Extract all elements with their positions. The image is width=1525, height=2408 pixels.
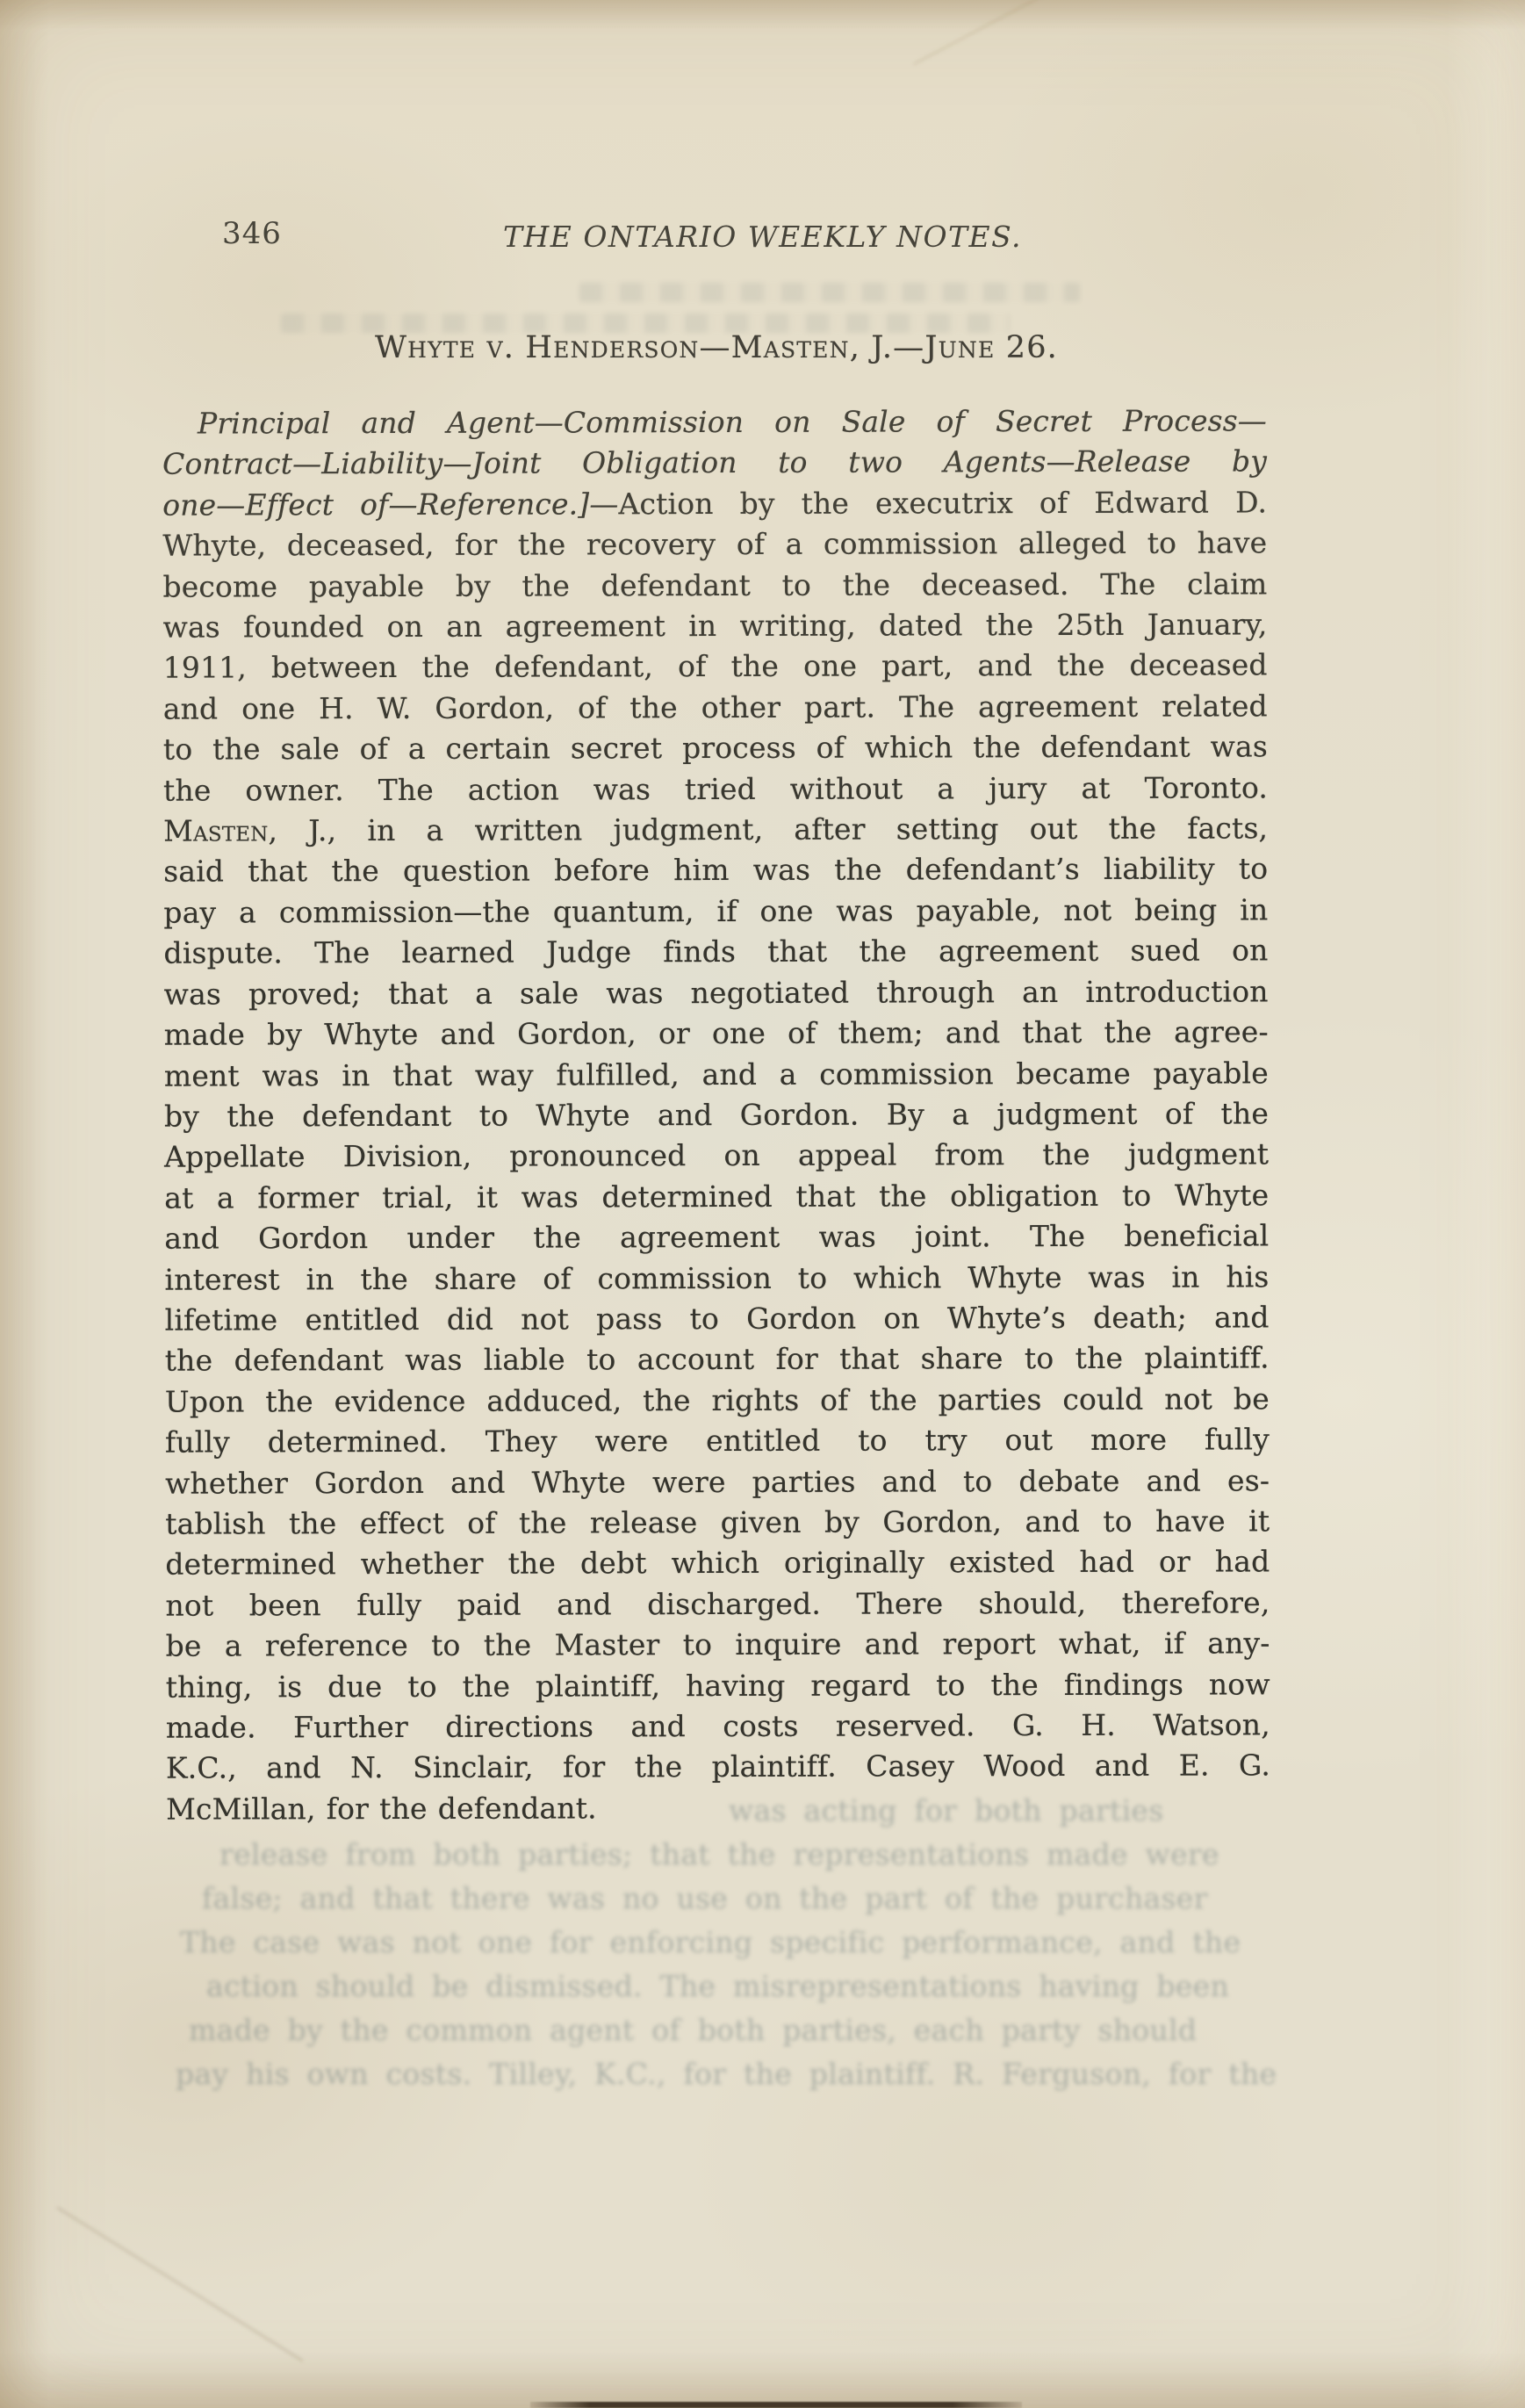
report-line: tablish the effect of the release given … xyxy=(165,1501,1270,1545)
report-text-segment: Masten, J., xyxy=(163,813,336,848)
case-title: Whyte v. Henderson—Masten, J.—June 26. xyxy=(164,330,1269,365)
report-line: by the defendant to Whyte and Gordon. By… xyxy=(164,1093,1269,1137)
report-line: Upon the evidence adduced, the rights of… xyxy=(165,1379,1270,1423)
report-line: the owner. The action was tried without … xyxy=(163,768,1268,811)
report-line: Whyte, deceased, for the recovery of a c… xyxy=(162,523,1267,567)
report-text-segment: pay a commission—the quantum, if one was… xyxy=(163,892,1268,929)
report-line: determined whether the debt which origin… xyxy=(165,1542,1270,1586)
report-text-segment: said that the question before him was th… xyxy=(163,852,1268,889)
report-text-segment: 1911, between the defendant, of the one … xyxy=(163,648,1268,685)
report-text-segment: and Gordon under the agreement was joint… xyxy=(164,1218,1269,1255)
report-text-segment: the defendant was liable to account for … xyxy=(165,1341,1270,1378)
report-text-segment: made by Whyte and Gordon, or one of them… xyxy=(164,1014,1269,1051)
report-text-segment: made. Further directions and costs reser… xyxy=(166,1707,1270,1744)
report-line: ment was in that way fulfilled, and a co… xyxy=(164,1053,1269,1097)
report-text-segment: become payable by the defendant to the d… xyxy=(162,566,1267,603)
report-line: Appellate Division, pronounced on appeal… xyxy=(164,1135,1269,1179)
report-line: was founded on an agreement in writing, … xyxy=(162,604,1267,648)
report-text-segment: Upon the evidence adduced, the rights of… xyxy=(165,1381,1270,1418)
report-text-segment: thing, is due to the plaintiff, having r… xyxy=(166,1667,1270,1704)
report-line: pay a commission—the quantum, if one was… xyxy=(163,890,1268,934)
report-text-segment: Principal and Agent—Commission on Sale o… xyxy=(198,403,1267,440)
report-text-segment: was founded on an agreement in writing, … xyxy=(162,607,1267,644)
report-line: and Gordon under the agreement was joint… xyxy=(164,1215,1269,1259)
bleedthrough-line: release from both parties; that the repr… xyxy=(219,1837,1219,1871)
report-line: K.C., and N. Sinclair, for the plaintiff… xyxy=(166,1746,1270,1790)
report-text-segment: fully determined. They were entitled to … xyxy=(165,1423,1270,1460)
report-text-segment: not been fully paid and discharged. Ther… xyxy=(165,1585,1270,1622)
report-text-segment: Whyte, deceased, for the recovery of a c… xyxy=(162,526,1267,563)
report-text-segment: the owner. The action was tried without … xyxy=(163,770,1268,807)
report-line: at a former trial, it was determined tha… xyxy=(164,1175,1269,1219)
book-edge-shadow xyxy=(530,2402,1022,2408)
report-text-segment: be a reference to the Master to inquire … xyxy=(166,1626,1270,1663)
report-text-segment: interest in the share of commission to w… xyxy=(164,1259,1269,1296)
bleedthrough-smudge xyxy=(579,283,1080,302)
report-text-segment: ment was in that way fulfilled, and a co… xyxy=(164,1056,1269,1092)
report-line: was proved; that a sale was negotiated t… xyxy=(164,971,1269,1015)
report-text-segment: one—Effect of—Reference.]— xyxy=(162,487,618,522)
bleedthrough-line: action should be dismissed. The misrepre… xyxy=(206,1969,1229,2003)
report-line: not been fully paid and discharged. Ther… xyxy=(165,1583,1270,1626)
report-text-segment: in a written judgment, after setting out… xyxy=(336,811,1268,847)
report-line: one—Effect of—Reference.]—Action by the … xyxy=(162,482,1267,526)
bleedthrough-line: made by the common agent of both parties… xyxy=(189,2013,1197,2047)
report-text-segment: and one H. W. Gordon, of the other part.… xyxy=(163,689,1268,725)
report-line: Principal and Agent—Commission on Sale o… xyxy=(162,400,1267,444)
bleedthrough-line: false; and that there was no use on the … xyxy=(202,1881,1208,1915)
report-line: whether Gordon and Whyte were parties an… xyxy=(165,1460,1270,1504)
report-text-segment: Appellate Division, pronounced on appeal… xyxy=(164,1137,1269,1174)
report-line: the defendant was liable to account for … xyxy=(165,1338,1270,1382)
report-text-segment: whether Gordon and Whyte were parties an… xyxy=(165,1463,1270,1500)
report-text-segment: tablish the effect of the release given … xyxy=(165,1503,1270,1540)
report-line: be a reference to the Master to inquire … xyxy=(166,1624,1270,1668)
report-text-segment: was proved; that a sale was negotiated t… xyxy=(164,974,1269,1011)
report-text-segment: Contract—Liability—Joint Obligation to t… xyxy=(162,444,1267,481)
bleedthrough-line: The case was not one for enforcing speci… xyxy=(180,1925,1241,1959)
report-line: lifetime entitled did not pass to Gordon… xyxy=(165,1297,1270,1341)
report-line: made. Further directions and costs reser… xyxy=(166,1705,1270,1748)
report-line: to the sale of a certain secret process … xyxy=(163,727,1268,771)
report-text-segment: determined whether the debt which origin… xyxy=(165,1545,1270,1582)
report-line: McMillan, for the defendant. xyxy=(166,1786,1270,1830)
scanned-book-page: 346 THE ONTARIO WEEKLY NOTES. Whyte v. H… xyxy=(0,0,1525,2408)
report-text-segment: dispute. The learned Judge finds that th… xyxy=(163,934,1268,970)
report-line: made by Whyte and Gordon, or one of them… xyxy=(164,1012,1269,1056)
report-line: fully determined. They were entitled to … xyxy=(165,1420,1270,1464)
report-line: 1911, between the defendant, of the one … xyxy=(163,645,1268,689)
paper-streak xyxy=(913,0,1054,65)
report-text-segment: lifetime entitled did not pass to Gordon… xyxy=(165,1300,1270,1337)
report-text-segment: to the sale of a certain secret process … xyxy=(163,730,1268,767)
report-line: Masten, J., in a written judgment, after… xyxy=(163,808,1268,852)
report-line: interest in the share of commission to w… xyxy=(164,1257,1269,1301)
bleedthrough-line: pay his own costs. Tilley, K.C., for the… xyxy=(176,2057,1277,2091)
report-text-segment: by the defendant to Whyte and Gordon. By… xyxy=(164,1096,1269,1133)
report-line: Contract—Liability—Joint Obligation to t… xyxy=(162,442,1267,486)
report-line: thing, is due to the plaintiff, having r… xyxy=(166,1664,1270,1708)
page-header: 346 THE ONTARIO WEEKLY NOTES. xyxy=(0,216,1525,260)
page-number: 346 xyxy=(222,216,282,251)
report-line: become payable by the defendant to the d… xyxy=(162,564,1267,608)
report-text-segment: K.C., and N. Sinclair, for the plaintiff… xyxy=(166,1748,1270,1785)
report-line: dispute. The learned Judge finds that th… xyxy=(163,931,1268,975)
report-line: said that the question before him was th… xyxy=(163,849,1268,893)
report-text-segment: at a former trial, it was determined tha… xyxy=(164,1178,1269,1215)
case-report-paragraph: Principal and Agent—Commission on Sale o… xyxy=(162,400,1270,1830)
report-text-segment: McMillan, for the defendant. xyxy=(166,1791,597,1826)
paper-crease xyxy=(57,2207,304,2362)
running-head: THE ONTARIO WEEKLY NOTES. xyxy=(503,220,1022,254)
report-line: and one H. W. Gordon, of the other part.… xyxy=(163,686,1268,730)
report-text-segment: Action by the executrix of Edward D. xyxy=(618,485,1267,521)
